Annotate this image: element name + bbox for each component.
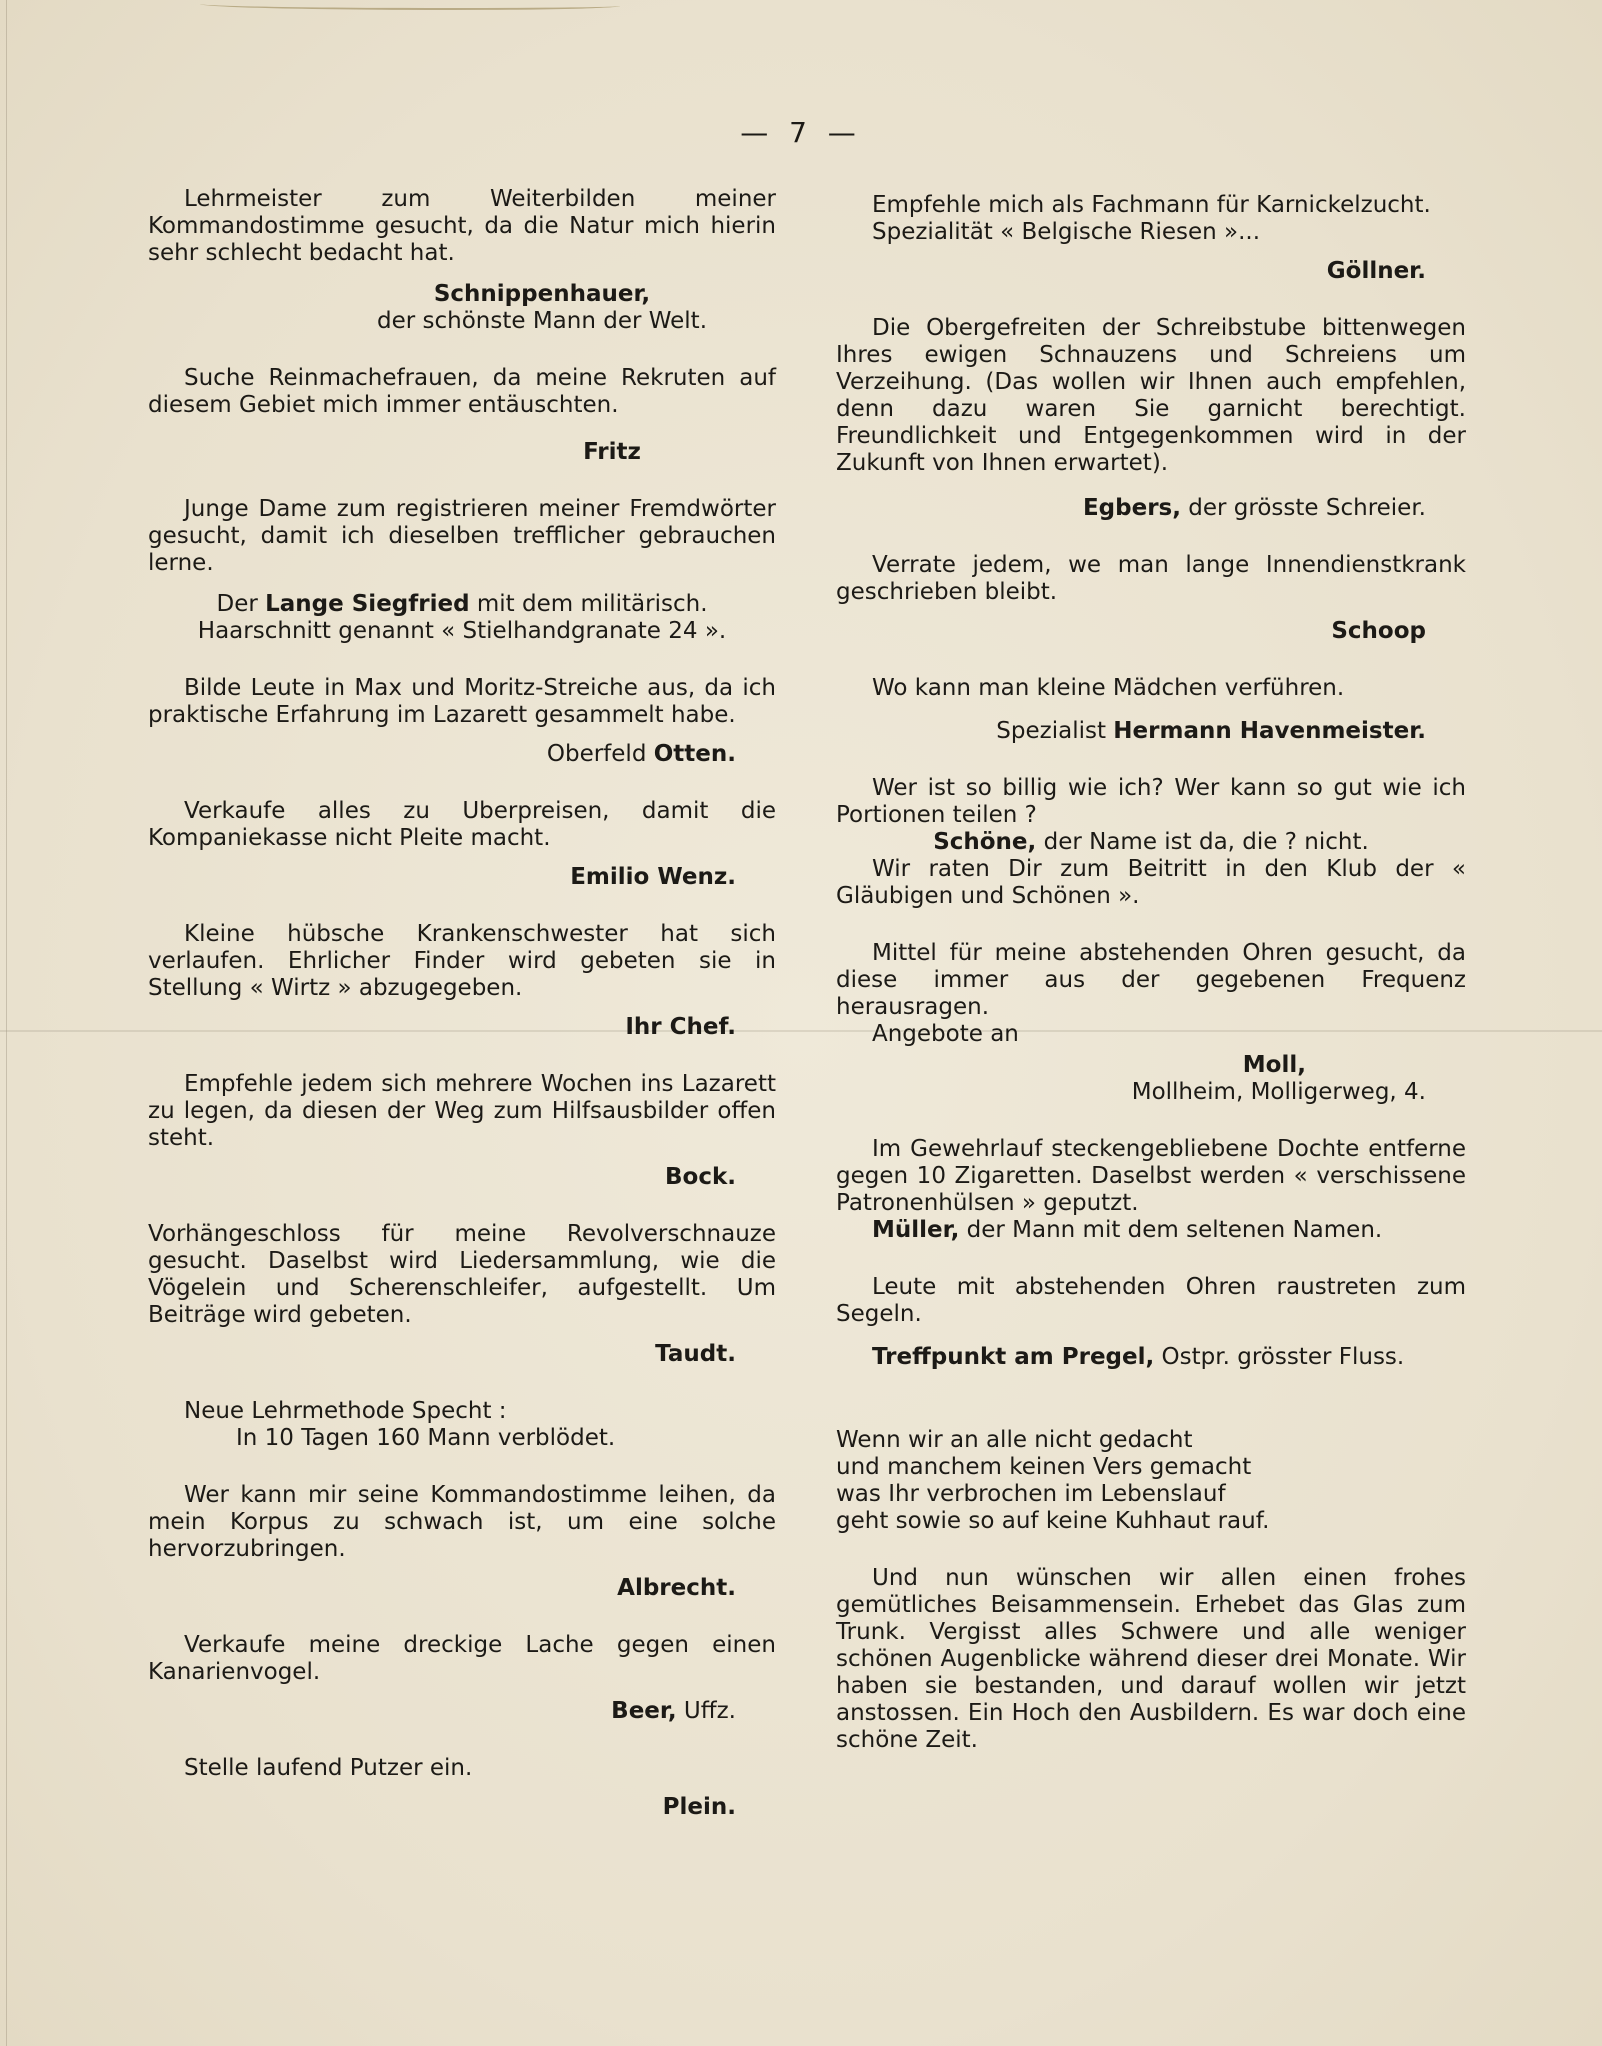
ad-signature: Spezialist Hermann Havenmeister.: [836, 718, 1466, 745]
ad-text: Wer kann mir seine Kommandostimme leihen…: [148, 1482, 776, 1563]
ad-signature: Plein.: [148, 1794, 776, 1821]
right-column: Empfehle mich als Fachmann für Karnickel…: [836, 192, 1466, 1754]
ad-text: Verkaufe meine dreckige Lache gegen eine…: [148, 1632, 776, 1686]
ad-text: Im Gewehrlauf steckengebliebene Dochte e…: [836, 1136, 1466, 1217]
ad-text: Kleine hübsche Krankenschwester hat sich…: [148, 921, 776, 1002]
ad-signature: Bock.: [148, 1164, 776, 1191]
ad-text: Empfehle mich als Fachmann für Karnickel…: [836, 192, 1466, 219]
ad-text: Die Obergefreiten der Schreibstube bitte…: [836, 315, 1466, 477]
ad-signature: Albrecht.: [148, 1575, 776, 1602]
fold-line-vertical: [6, 0, 7, 2046]
ad-item: Empfehle mich als Fachmann für Karnickel…: [836, 192, 1466, 285]
ad-item: Stelle laufend Putzer ein. Plein.: [148, 1755, 776, 1821]
verse-line: und manchem keinen Vers gemacht: [836, 1454, 1466, 1481]
ad-item: Neue Lehrmethode Specht : In 10 Tagen 16…: [148, 1398, 776, 1452]
ad-signature: Treffpunkt am Pregel, Ostpr. grösster Fl…: [836, 1344, 1466, 1371]
ad-signature: Taudt.: [148, 1341, 776, 1368]
ad-item: Wo kann man kleine Mädchen verführen. Sp…: [836, 675, 1466, 745]
ad-text: Verkaufe alles zu Uberpreisen, damit die…: [148, 798, 776, 852]
ad-text: Wer ist so billig wie ich? Wer kann so g…: [836, 775, 1466, 829]
ad-signature: Beer, Uffz.: [148, 1698, 776, 1725]
ad-text-line3: Wir raten Dir zum Beitritt in den Klub d…: [836, 856, 1466, 910]
ad-signature: Oberfeld Otten.: [148, 741, 776, 768]
ad-signature: Schnippenhauer, der schönste Mann der We…: [148, 281, 776, 335]
ad-signature: Emilio Wenz.: [148, 864, 776, 891]
ad-item: Leute mit abstehenden Ohren raustreten z…: [836, 1274, 1466, 1371]
ad-signature: Müller, der Mann mit dem seltenen Namen.: [836, 1217, 1466, 1244]
ad-item: Suche Reinmachefrauen, da meine Rekruten…: [148, 365, 776, 466]
verse-block: Wenn wir an alle nicht gedacht und manch…: [836, 1427, 1466, 1535]
ad-text: Verrate jedem, we man lange Innendienstk…: [836, 552, 1466, 606]
ad-text-line2: Angebote an: [836, 1021, 1466, 1048]
ad-signature: Fritz: [148, 439, 776, 466]
ad-text: Wo kann man kleine Mädchen verführen.: [836, 675, 1466, 702]
ad-text: Leute mit abstehenden Ohren raustreten z…: [836, 1274, 1466, 1328]
page-number: — 7 —: [0, 116, 1602, 149]
ad-item: Die Obergefreiten der Schreibstube bitte…: [836, 315, 1466, 522]
ad-text: Lehrmeister zum Weiterbilden meiner Komm…: [148, 186, 776, 267]
ad-item: Lehrmeister zum Weiterbilden meiner Komm…: [148, 186, 776, 335]
ad-item: Verkaufe alles zu Uberpreisen, damit die…: [148, 798, 776, 891]
ad-item: Wer kann mir seine Kommandostimme leihen…: [148, 1482, 776, 1602]
ad-item: Empfehle jedem sich mehrere Wochen ins L…: [148, 1071, 776, 1191]
ad-signature: Moll, Mollheim, Molligerweg, 4.: [836, 1052, 1466, 1106]
ad-item: Mittel für meine abstehenden Ohren gesuc…: [836, 940, 1466, 1106]
ad-item: Verrate jedem, we man lange Innendienstk…: [836, 552, 1466, 645]
ad-signature: Schoop: [836, 618, 1466, 645]
ad-text-line2: Spezialität « Belgische Riesen »...: [836, 219, 1466, 246]
ad-text: Vorhängeschloss für meine Revolverschnau…: [148, 1221, 776, 1329]
ad-text: Mittel für meine abstehenden Ohren gesuc…: [836, 940, 1466, 1021]
ad-signature: Göllner.: [836, 258, 1466, 285]
ad-text: Stelle laufend Putzer ein.: [148, 1755, 776, 1782]
ad-text: Empfehle jedem sich mehrere Wochen ins L…: [148, 1071, 776, 1152]
ad-signature: Schöne, der Name ist da, die ? nicht.: [836, 829, 1466, 856]
ad-text-line2: In 10 Tagen 160 Mann verblödet.: [148, 1425, 776, 1452]
ad-item: Vorhängeschloss für meine Revolverschnau…: [148, 1221, 776, 1368]
ad-text: Bilde Leute in Max und Moritz-Streiche a…: [148, 675, 776, 729]
ad-item: Bilde Leute in Max und Moritz-Streiche a…: [148, 675, 776, 768]
ad-text: Suche Reinmachefrauen, da meine Rekruten…: [148, 365, 776, 419]
ad-signature: Ihr Chef.: [148, 1014, 776, 1041]
ad-item: Junge Dame zum registrieren meiner Fremd…: [148, 496, 776, 645]
document-page: — 7 — Lehrmeister zum Weiterbilden meine…: [0, 0, 1602, 2046]
torn-edge: [200, 0, 620, 10]
ad-item: Im Gewehrlauf steckengebliebene Dochte e…: [836, 1136, 1466, 1244]
ad-text: Junge Dame zum registrieren meiner Fremd…: [148, 496, 776, 577]
closing-text: Und nun wünschen wir allen einen frohes …: [836, 1565, 1466, 1754]
ad-item: Kleine hübsche Krankenschwester hat sich…: [148, 921, 776, 1041]
ad-signature: Egbers, der grösste Schreier.: [836, 495, 1466, 522]
ad-text: Neue Lehrmethode Specht :: [148, 1398, 776, 1425]
ad-item: Wer ist so billig wie ich? Wer kann so g…: [836, 775, 1466, 910]
verse-line: Wenn wir an alle nicht gedacht: [836, 1427, 1466, 1454]
closing-paragraph: Und nun wünschen wir allen einen frohes …: [836, 1565, 1466, 1754]
left-column: Lehrmeister zum Weiterbilden meiner Komm…: [148, 186, 776, 1821]
ad-signature: Der Lange Siegfried mit dem militärisch.…: [148, 591, 776, 645]
verse-line: was Ihr verbrochen im Lebenslauf: [836, 1481, 1466, 1508]
verse-line: geht sowie so auf keine Kuhhaut rauf.: [836, 1508, 1466, 1535]
ad-item: Verkaufe meine dreckige Lache gegen eine…: [148, 1632, 776, 1725]
